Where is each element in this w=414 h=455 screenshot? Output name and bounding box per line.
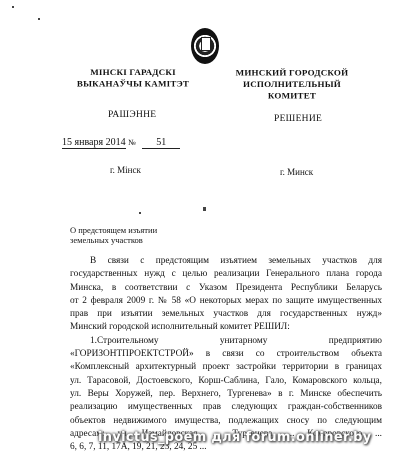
scan-speck [12,6,14,8]
body-line: ул. Тарасовой, Достоевского, Корш-Саблин… [70,375,382,388]
body-line: государственных нужд с целью реализации … [70,268,382,281]
subject-line1: О предстоящем изъятии [70,225,157,235]
left-header: МІНСКІ ГАРАДСКІ ВЫКАНАЎЧЫ КАМІТЭТ [68,67,198,90]
scan-speck [139,212,141,214]
left-header-line1: МІНСКІ ГАРАДСКІ [68,67,198,78]
left-header-line2: ВЫКАНАЎЧЫ КАМІТЭТ [68,78,198,89]
number-label: № [128,138,136,147]
body-line: объектов недвижимого имущества, подлежащ… [70,415,382,428]
body-line: прав при изъятии земельных участков для … [70,308,382,321]
date-number-line: 15 января 2014 № 51 [62,137,180,149]
right-header: МИНСКИЙ ГОРОДСКОЙ ИСПОЛНИТЕЛЬНЫЙ КОМИТЕТ [228,67,356,101]
body-line: ул. Веры Хоружей, пер. Верхнего, Тургене… [70,388,382,401]
body-line: В связи с предстоящим изъятием земельных… [70,255,382,268]
decision-date: 15 января 2014 [62,137,126,149]
watermark: invictus_poem для forum.onliner.by [98,430,371,445]
belarus-emblem-icon [191,28,219,64]
left-city: г. Мінск [110,165,141,175]
body-line: 1.Строительному унитарному предприятию [70,335,382,348]
decision-number: 51 [142,137,180,149]
body-line: «ГОРИЗОНТПРОЕКТСТРОЙ» в связи со строите… [70,348,382,361]
subject: О предстоящем изъятии земельных участков [70,225,157,245]
right-header-line2: ИСПОЛНИТЕЛЬНЫЙ КОМИТЕТ [228,78,356,101]
scan-speck [38,18,40,20]
body-line: реализацию имущественных прав следующих … [70,401,382,414]
body-line: Минский городской исполнительный комитет… [70,321,382,334]
body-line: от 2 февраля 2009 г. № 58 «О некоторых м… [70,295,382,308]
right-header-line1: МИНСКИЙ ГОРОДСКОЙ [228,67,356,78]
scan-speck [203,207,206,211]
body-text: В связи с предстоящим изъятием земельных… [70,255,382,454]
right-city: г. Минск [280,167,313,177]
right-title: РЕШЕНИЕ [274,114,322,124]
left-title: РАШЭННЕ [108,110,156,120]
body-line: «Комплексный архитектурный проект застро… [70,361,382,374]
body-line: Минска, в соответствии с Указом Президен… [70,282,382,295]
subject-line2: земельных участков [70,235,157,245]
